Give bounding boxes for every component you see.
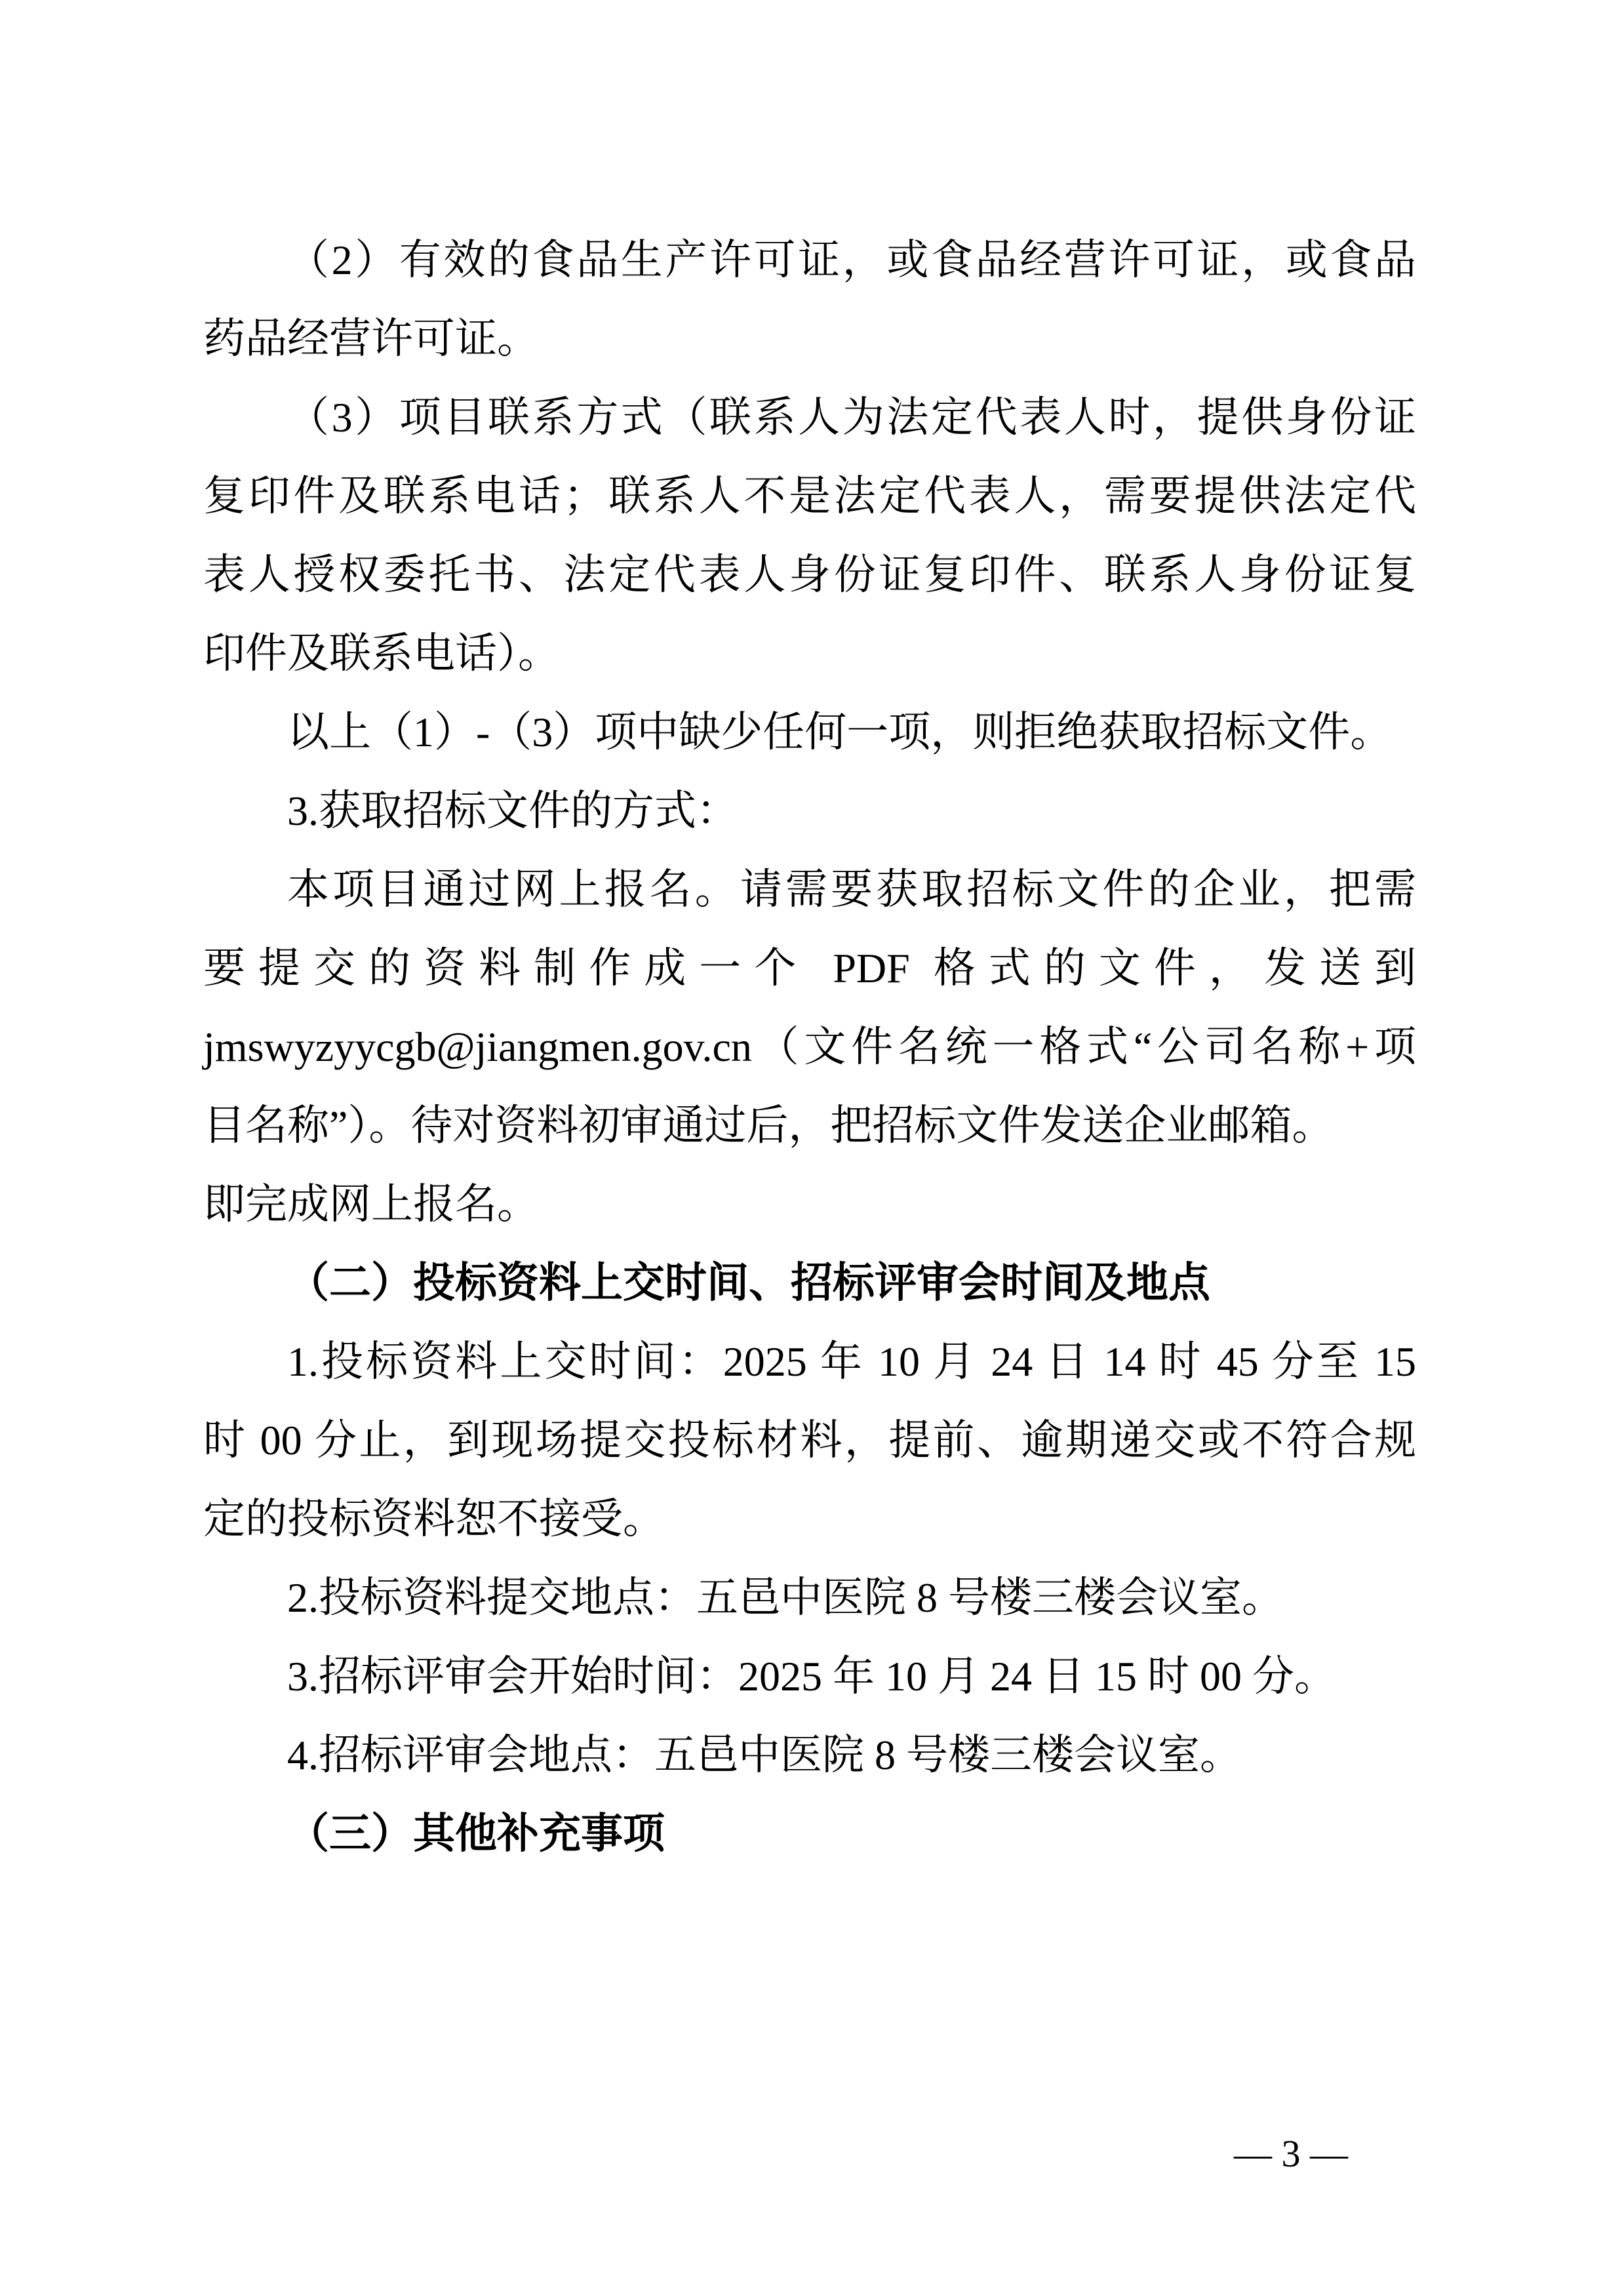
- text-line: 3.获取招标文件的方式：: [203, 772, 1416, 850]
- text-line: 药品经营许可证。: [203, 300, 1416, 378]
- text-line: （3）项目联系方式（联系人为法定代表人时，提供身份证: [203, 378, 1416, 457]
- text-line: 2.投标资料提交地点：五邑中医院 8 号楼三楼会议室。: [203, 1559, 1416, 1637]
- text-line: 以上（1）-（3）项中缺少任何一项，则拒绝获取招标文件。: [203, 693, 1416, 772]
- text-line: 印件及联系电话）。: [203, 614, 1416, 693]
- text-line: 1.投标资料上交时间：2025 年 10 月 24 日 14 时 45 分至 1…: [203, 1323, 1416, 1401]
- text-line: 要提交的资料制作成一个 PDF 格式的文件，发送到: [203, 929, 1416, 1008]
- page-number: — 3 —: [1234, 2135, 1348, 2173]
- text-line: 时 00 分止，到现场提交投标材料，提前、逾期递交或不符合规: [203, 1401, 1416, 1480]
- text-line: 本项目通过网上报名。请需要获取招标文件的企业，把需: [203, 850, 1416, 929]
- text-line: 复印件及联系电话；联系人不是法定代表人，需要提供法定代: [203, 457, 1416, 536]
- text-line: （2）有效的食品生产许可证，或食品经营许可证，或食品: [203, 221, 1416, 300]
- document-page: （2）有效的食品生产许可证，或食品经营许可证，或食品药品经营许可证。（3）项目联…: [0, 0, 1624, 2293]
- text-line: 定的投标资料恕不接受。: [203, 1480, 1416, 1559]
- text-line: jmswyzyycgb@jiangmen.gov.cn（文件名统一格式“公司名称…: [203, 1008, 1416, 1087]
- text-line: 目名称”）。待对资料初审通过后，把招标文件发送企业邮箱。: [203, 1087, 1416, 1165]
- document-body: （2）有效的食品生产许可证，或食品经营许可证，或食品药品经营许可证。（3）项目联…: [203, 221, 1416, 1873]
- section-heading: （三）其他补充事项: [203, 1795, 1416, 1873]
- text-line: 即完成网上报名。: [203, 1165, 1416, 1244]
- text-line: 表人授权委托书、法定代表人身份证复印件、联系人身份证复: [203, 536, 1416, 614]
- text-line: 3.招标评审会开始时间：2025 年 10 月 24 日 15 时 00 分。: [203, 1637, 1416, 1716]
- text-line: 4.招标评审会地点：五邑中医院 8 号楼三楼会议室。: [203, 1716, 1416, 1795]
- section-heading: （二）投标资料上交时间、招标评审会时间及地点: [203, 1244, 1416, 1323]
